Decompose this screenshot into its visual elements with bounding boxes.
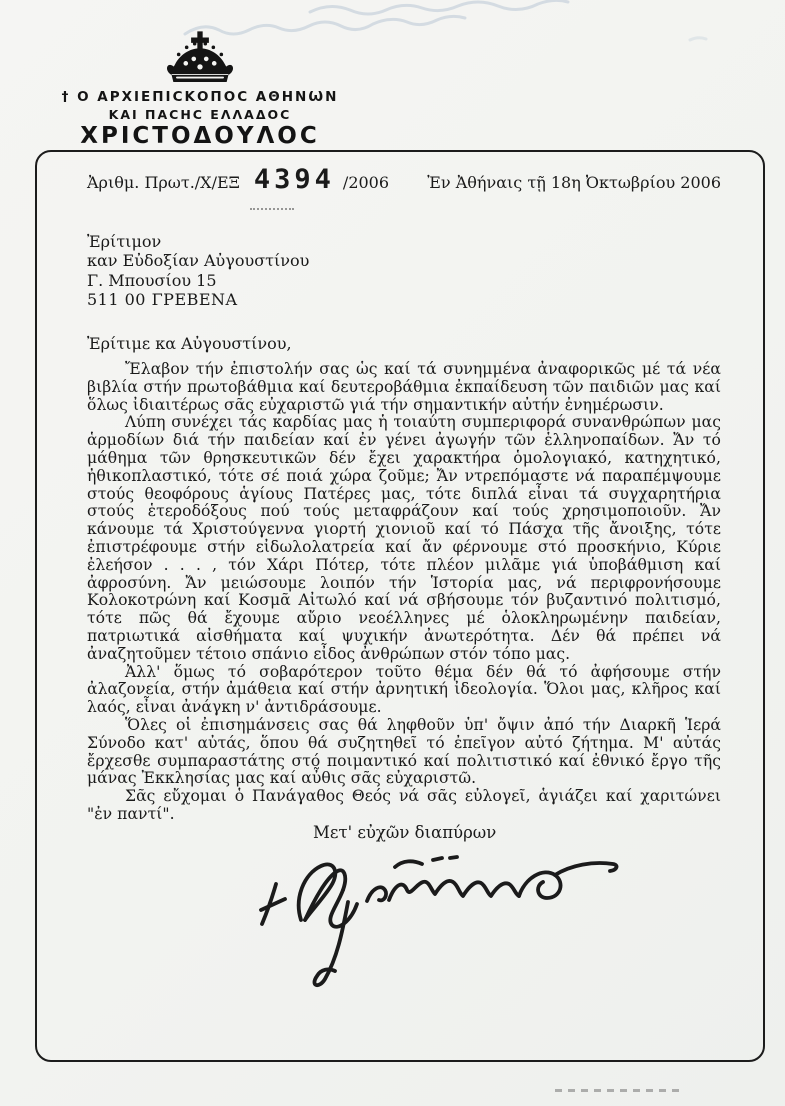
recipient-street: Γ. Μπουσίου 15: [87, 271, 309, 290]
recipient-name: καν Εὐδοξίαν Αὐγουστίνου: [87, 251, 309, 270]
protocol-number-stamp: 4394: [254, 170, 335, 190]
reference-row: Ἀριθμ. Πρωτ./Χ/ΕΞ 4394 /2006 Ἐν Ἀθήναις …: [87, 170, 721, 192]
recipient-address-block: Ἐρίτιμον καν Εὐδοξίαν Αὐγουστίνου Γ. Μπο…: [87, 232, 309, 309]
letterhead-cross-icon: †: [62, 89, 71, 105]
body-paragraph: Ἔλαβον τήν ἐπιστολήν σας ὡς καί τά συνημ…: [87, 361, 721, 414]
letter-date: Ἐν Ἀθήναις τῇ 18η Ὀκτωβρίου 2006: [427, 173, 721, 192]
body-paragraph: Σᾶς εὔχομαι ὁ Πανάγαθος Θεός νά σᾶς εὐλο…: [87, 788, 721, 824]
body-paragraph: Ὅλες οἱ ἐπισημάνσεις σας θά ληφθοῦν ὑπ' …: [87, 717, 721, 788]
letterhead-title-line1: † Ο ΑΡΧΙΕΠΙCΚΟΠΟC ΑΘΗΝѠΝ: [50, 89, 350, 105]
scanned-letter-page: † Ο ΑΡΧΙΕΠΙCΚΟΠΟC ΑΘΗΝѠΝ ΚΑΙ ΠΑCΗC ΕΛΛΑΔ…: [0, 0, 785, 1106]
body-paragraph: Λύπη συνέχει τάς καρδίας μας ἡ τοιαύτη σ…: [87, 414, 721, 663]
scan-artifact-dashes: [555, 1089, 685, 1092]
letter-border-frame: Ἀριθμ. Πρωτ./Χ/ΕΞ 4394 /2006 Ἐν Ἀθήναις …: [35, 150, 765, 1062]
protocol-year: /2006: [343, 173, 389, 192]
recipient-city: 511 00 ΓΡΕΒΕΝΑ: [87, 290, 309, 309]
signature-scrawl-icon: [209, 838, 639, 1013]
recipient-honorific: Ἐρίτιμον: [87, 232, 309, 251]
stamp-artifact-dots: [250, 208, 294, 210]
letterhead-title-line2: ΚΑΙ ΠΑCΗC ΕΛΛΑΔΟC: [50, 107, 350, 122]
body-paragraph: Ἀλλ' ὅμως τό σοβαρότερον τοῦτο θέμα δέν …: [87, 664, 721, 717]
protocol-number-label: Ἀριθμ. Πρωτ./Χ/ΕΞ: [87, 173, 240, 192]
crown-emblem-icon: [160, 30, 240, 86]
salutation: Ἐρίτιμε κα Αὐγουστίνου,: [87, 334, 292, 353]
letterhead: † Ο ΑΡΧΙΕΠΙCΚΟΠΟC ΑΘΗΝѠΝ ΚΑΙ ΠΑCΗC ΕΛΛΑΔ…: [50, 30, 350, 149]
letterhead-name: ΧΡΙCΤΟΔΟΥΛΟC: [50, 123, 350, 149]
letter-body: Ἔλαβον τήν ἐπιστολήν σας ὡς καί τά συνημ…: [87, 361, 721, 824]
